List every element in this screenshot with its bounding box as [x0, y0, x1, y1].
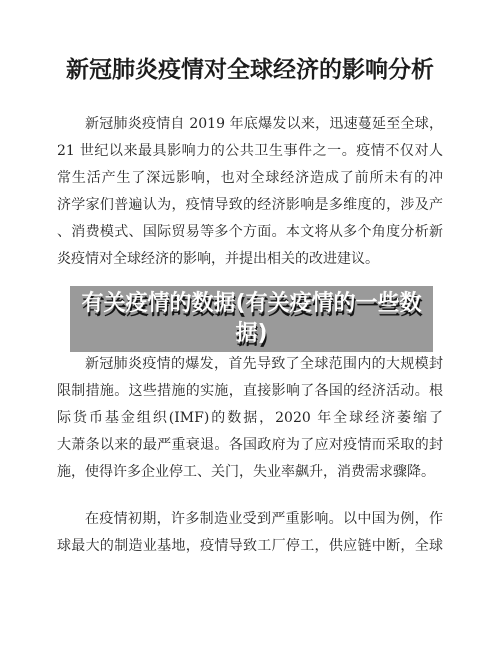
document-page: 新冠肺炎疫情对全球经济的影响分析 新冠肺炎疫情自 2019 年底爆发以来，迅速蔓…: [0, 0, 500, 647]
text-line: 炎疫情对全球经济的影响，并提出相关的改进建议。: [57, 246, 443, 273]
overlay-title-banner: 有关疫情的数据(有关疫情的一些数 据): [70, 286, 433, 352]
text-line: 新冠肺炎疫情自 2019 年底爆发以来，迅速蔓延至全球，成为: [57, 111, 443, 138]
text-line: 济学家们普遍认为，疫情导致的经济影响是多维度的，涉及产业链: [57, 192, 443, 219]
text-line: 常生活产生了深远影响，也对全球经济造成了前所未有的冲击。经: [57, 165, 443, 192]
banner-text-line2: 据): [70, 319, 433, 349]
text-line: 在疫情初期，许多制造业受到严重影响。以中国为例，作为全: [57, 506, 443, 533]
paragraph-lockdown-impact: 新冠肺炎疫情的爆发，首先导致了全球范围内的大规模封锁和 限制措施。这些措施的实施…: [57, 351, 443, 486]
banner-text-line1: 有关疫情的数据(有关疫情的一些数: [70, 289, 433, 319]
text-line: 21 世纪以来最具影响力的公共卫生事件之一。疫情不仅对人们的日: [57, 138, 443, 165]
text-line: 大萧条以来的最严重衰退。各国政府为了应对疫情而采取的封锁措: [57, 432, 443, 459]
text-line: 新冠肺炎疫情的爆发，首先导致了全球范围内的大规模封锁和: [57, 351, 443, 378]
document-title: 新冠肺炎疫情对全球经济的影响分析: [0, 55, 500, 85]
text-line: 球最大的制造业基地，疫情导致工厂停工，供应链中断，全球范围: [57, 533, 443, 560]
paragraph-intro: 新冠肺炎疫情自 2019 年底爆发以来，迅速蔓延至全球，成为 21 世纪以来最具…: [57, 111, 443, 273]
paragraph-manufacturing-impact: 在疫情初期，许多制造业受到严重影响。以中国为例，作为全 球最大的制造业基地，疫情…: [57, 506, 443, 560]
text-line: 限制措施。这些措施的实施，直接影响了各国的经济活动。根据国: [57, 378, 443, 405]
text-line: 、消费模式、国际贸易等多个方面。本文将从多个角度分析新冠肺: [57, 219, 443, 246]
text-line: 际货币基金组织(IMF)的数据，2020 年全球经济萎缩了 3.5%，是自: [57, 405, 443, 432]
text-line: 施，使得许多企业停工、关门，失业率飙升，消费需求骤降。: [57, 459, 443, 486]
